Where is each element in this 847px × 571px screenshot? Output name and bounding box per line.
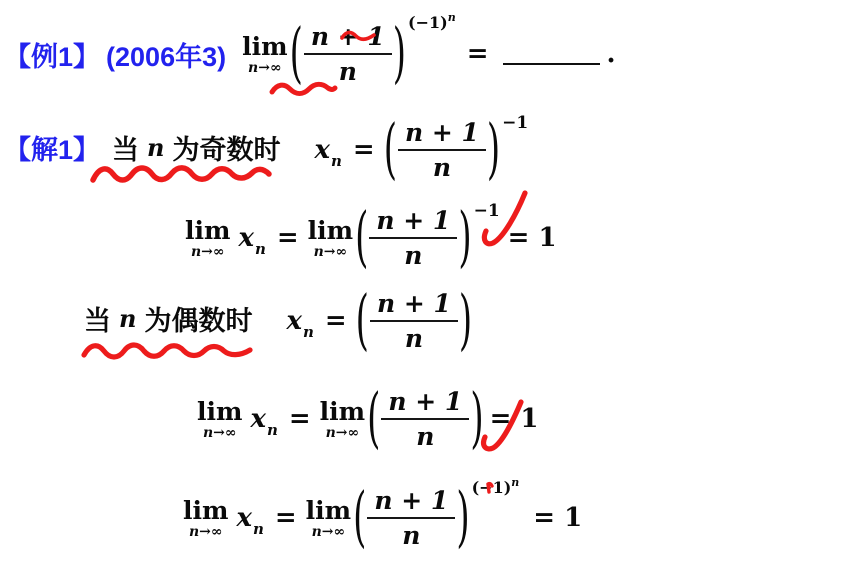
left-paren: ( [353, 485, 366, 550]
solution-even-line: 当 n 为偶数时 xn = ( n + 1 n ) [84, 282, 472, 360]
solution-tag: 【解1】 [4, 128, 100, 167]
right-paren: ) [470, 386, 483, 451]
limit-operator: lim n→∞ [183, 498, 228, 539]
fraction: n + 1 n [370, 291, 458, 351]
result-one: 1 [564, 503, 582, 533]
right-paren: ) [458, 205, 471, 270]
fraction: n + 1 n [381, 389, 469, 449]
limit-general-line: lim n→∞ xn = lim n→∞ ( n + 1 n ) (−1)n =… [183, 472, 582, 564]
equals-sign: = [275, 503, 297, 533]
x-sub-n: xn [236, 503, 263, 533]
exponent-neg1-pow-n: (−1)n [472, 478, 520, 498]
fraction: n + 1 n [369, 208, 457, 268]
result-one: 1 [520, 404, 538, 434]
when-label: 当 [112, 128, 139, 167]
equals-sign: = [490, 404, 512, 434]
example-line: 【例1】 (2006年3) lim n→∞ ( n + 1 n ) (−1)n … [4, 8, 616, 100]
when-label: 当 [84, 299, 111, 338]
left-paren: ( [290, 21, 303, 86]
left-paren: ( [384, 117, 397, 182]
equals-sign: = [508, 223, 530, 253]
x-sub-n: xn [250, 404, 277, 434]
limit-even-line: lim n→∞ xn = lim n→∞ ( n + 1 n ) = 1 [197, 380, 538, 458]
equals-sign: = [277, 223, 299, 253]
var-n: n [147, 133, 164, 162]
fraction: n + 1 n [398, 120, 486, 180]
solution-odd-line: 【解1】 当 n 为奇数时 xn = ( n + 1 n ) −1 [4, 104, 530, 196]
equals-sign: = [533, 503, 555, 533]
x-sub-n: xn [238, 223, 265, 253]
right-paren: ) [393, 21, 406, 86]
example-tag: 【例1】 [4, 35, 100, 74]
exponent-neg1: −1 [474, 201, 500, 221]
equals-sign: = [289, 404, 311, 434]
limit-operator: lim n→∞ [306, 498, 351, 539]
equals-sign: = [353, 135, 375, 165]
even-case-label: 为偶数时 [144, 299, 252, 338]
limit-operator: lim n→∞ [197, 399, 242, 440]
exponent-neg1: −1 [502, 113, 528, 133]
right-paren: ) [459, 288, 472, 353]
limit-operator: lim n→∞ [308, 218, 353, 259]
fraction: n + 1 n [367, 488, 455, 548]
equals-sign: = [467, 39, 489, 69]
left-paren: ( [355, 205, 368, 270]
limit-operator: lim n→∞ [242, 34, 287, 75]
limit-operator: lim n→∞ [185, 218, 230, 259]
result-one: 1 [538, 223, 556, 253]
left-paren: ( [367, 386, 380, 451]
answer-blank [503, 62, 600, 65]
left-paren: ( [356, 288, 369, 353]
right-paren: ) [456, 485, 469, 550]
var-n: n [119, 304, 136, 333]
period: . [607, 39, 616, 69]
example-source: (2006年3) [106, 35, 226, 74]
odd-case-label: 为奇数时 [172, 128, 280, 167]
right-paren: ) [487, 117, 500, 182]
exponent-neg1-pow-n: (−1)n [408, 13, 456, 33]
limit-odd-line: lim n→∞ xn = lim n→∞ ( n + 1 n ) −1 = 1 [185, 198, 557, 278]
x-sub-n: xn [286, 306, 313, 336]
fraction: n + 1 n [304, 24, 392, 84]
x-sub-n: xn [314, 135, 341, 165]
equals-sign: = [325, 306, 347, 336]
limit-operator: lim n→∞ [320, 399, 365, 440]
